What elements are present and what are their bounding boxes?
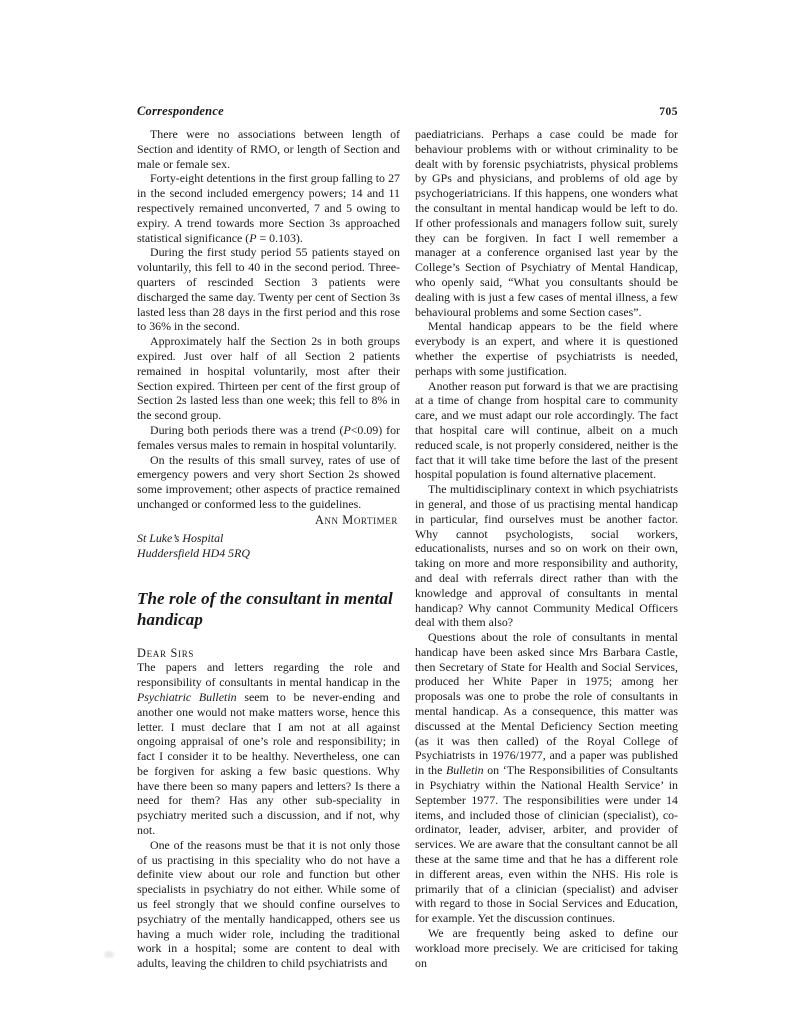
paragraph: Questions about the role of consultants … <box>415 630 678 926</box>
running-head: Correspondence 705 <box>137 104 678 119</box>
author-address: St Luke’s Hospital Huddersfield HD4 5RQ <box>137 531 400 561</box>
scan-artifact <box>104 951 114 958</box>
paragraph: One of the reasons must be that it is no… <box>137 838 400 971</box>
journal-page: Correspondence 705 There were no associa… <box>0 0 800 1036</box>
letter-title: The role of the consultant in mental han… <box>137 588 400 630</box>
paragraph: We are frequently being asked to define … <box>415 926 678 970</box>
paragraph: Approximately half the Section 2s in bot… <box>137 334 400 423</box>
page-number: 705 <box>659 106 678 118</box>
section-title: Correspondence <box>137 104 224 119</box>
left-column: There were no associations between lengt… <box>137 127 400 971</box>
salutation: Dear Sirs <box>137 646 400 661</box>
letter-body-end: There were no associations between lengt… <box>137 127 400 512</box>
two-column-text: There were no associations between lengt… <box>137 127 678 971</box>
paragraph: There were no associations between lengt… <box>137 127 400 171</box>
paragraph: The papers and letters regarding the rol… <box>137 660 400 838</box>
address-line: Huddersfield HD4 5RQ <box>137 546 400 561</box>
paragraph: paediatricians. Perhaps a case could be … <box>415 127 678 319</box>
paragraph: The multidisciplinary context in which p… <box>415 482 678 630</box>
right-column: paediatricians. Perhaps a case could be … <box>415 127 678 971</box>
address-line: St Luke’s Hospital <box>137 531 400 546</box>
paragraph: During both periods there was a trend (P… <box>137 423 400 453</box>
paragraph: Forty-eight detentions in the first grou… <box>137 171 400 245</box>
letter-body: The papers and letters regarding the rol… <box>137 660 400 971</box>
paragraph: Mental handicap appears to be the field … <box>415 319 678 378</box>
paragraph: On the results of this small survey, rat… <box>137 453 400 512</box>
paragraph: Another reason put forward is that we ar… <box>415 379 678 483</box>
author-signature: Ann Mortimer <box>137 513 398 528</box>
paragraph: During the first study period 55 patient… <box>137 245 400 334</box>
letter-body-continued: paediatricians. Perhaps a case could be … <box>415 127 678 970</box>
